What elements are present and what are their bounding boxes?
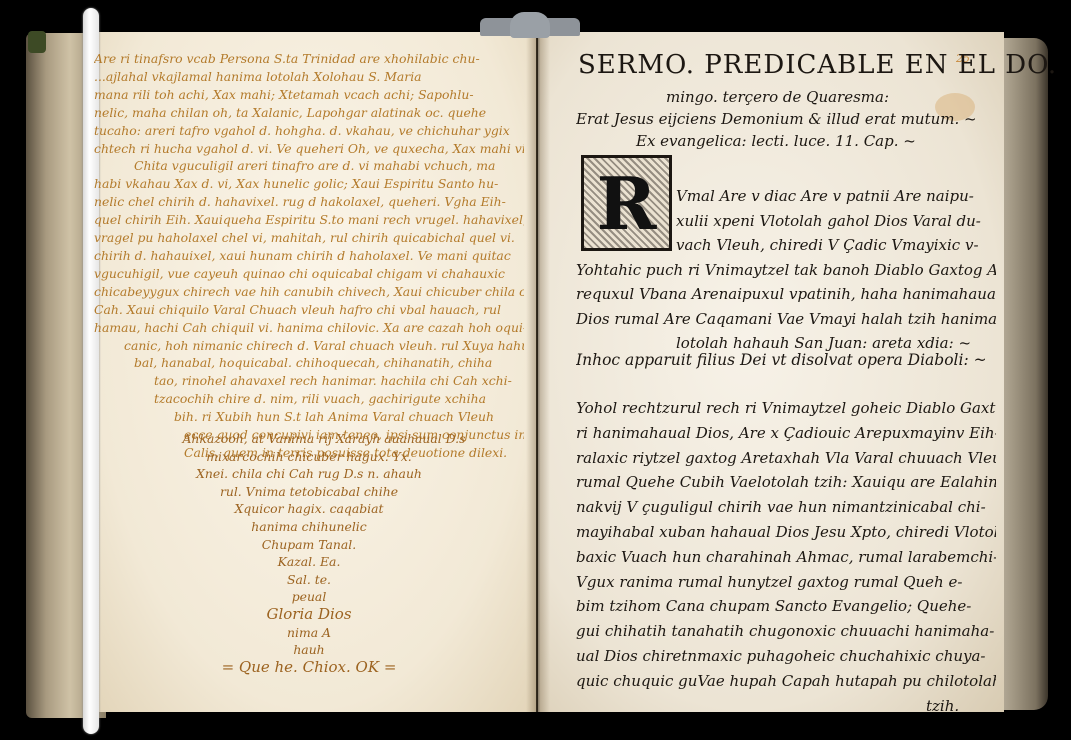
text-line: quic chuquic guVae hupah Capah hutapah p… xyxy=(576,669,996,694)
text-line: peual xyxy=(94,588,524,606)
text-line: vach Vleuh, chiredi V Çadic Vmayixic v- xyxy=(576,233,996,258)
text-line: Ex evangelica: lecti. luce. 11. Cap. ~ xyxy=(576,130,996,152)
text-line: tucaho: areri tafro vgahol d. hohgha. d.… xyxy=(94,122,524,140)
text-line: Xnei. chila chi Cah rug D.s n. ahauh xyxy=(94,465,524,483)
text-line: ual Dios chiretnmaxic puhagoheic chuchah… xyxy=(576,644,996,669)
sermon-paragraph-1: Vmal Are v diac Are v patnii Are naipu- … xyxy=(576,184,996,356)
text-line: ralaxic riytzel gaxtog Aretaxhah Vla Var… xyxy=(576,446,996,471)
text-line: hanima chihunelic xyxy=(94,518,524,536)
manuscript-photo: Are ri tinafsro vcab Persona S.ta Trinid… xyxy=(0,0,1071,740)
text-line: bih. ri Xubih hun S.t lah Anima Varal ch… xyxy=(94,408,524,426)
text-line: chtech ri hucha vgahol d. vi. Ve queheri… xyxy=(94,140,524,158)
left-page-text: Are ri tinafsro vcab Persona S.ta Trinid… xyxy=(94,50,524,462)
sermon-subtitle: mingo. terçero de Quaresma: Erat Jesus e… xyxy=(576,86,996,152)
text-line: Yohol rechtzurul rech ri Vnimaytzel gohe… xyxy=(576,396,996,421)
cover-corner xyxy=(28,31,46,53)
text-line: baxic Vuach hun charahinah Ahmac, rumal … xyxy=(576,545,996,570)
text-line: ...ajlahal vkajlamal hanima lotolah Xolo… xyxy=(94,68,524,86)
latin-quote: Inhoc apparuit filius Dei vt disolvat op… xyxy=(576,348,996,372)
text-line: nelic chel chirih d. hahavixel. rug d ha… xyxy=(94,193,524,211)
text-line: tao, rinohel ahavaxel rech hanimar. hach… xyxy=(94,372,524,390)
text-line: rumal Quehe Cubih Vaelotolah tzih: Xauiq… xyxy=(576,470,996,495)
text-line: gui chihatih tanahatih chugonoxic chuuac… xyxy=(576,619,996,644)
text-line: canic, hoh nimanic chirech d. Varal chua… xyxy=(94,337,524,355)
text-line: nima A xyxy=(94,624,524,642)
text-line: chirih d. hahauixel, xaui hunam chirih d… xyxy=(94,247,524,265)
text-line: ri hanimahaual Dios, Are x Çadiouic Arep… xyxy=(576,421,996,446)
text-line: Erat Jesus eijciens Demonium & illud era… xyxy=(576,108,996,130)
text-line: quel chirih Eih. Xauiqueha Espiritu S.to… xyxy=(94,211,524,229)
text-line: Xquicor hagix. caqabiat xyxy=(94,500,524,518)
text-line: mayihabal xuban hahaual Dios Jesu Xpto, … xyxy=(576,520,996,545)
text-line: nelic, maha chilan oh, ta Xalanic, Lapoh… xyxy=(94,104,524,122)
text-line: = Que he. Chiox. OK = xyxy=(94,659,524,677)
text-line: Chita vguculigil areri tinafro are d. vi… xyxy=(94,157,524,175)
text-line: xulii xpeni Vlotolah gahol Dios Varal du… xyxy=(576,209,996,234)
text-line: vgucuhigil, vue cayeuh quinao chi oquica… xyxy=(94,265,524,283)
text-line: vragel pu haholaxel chel vi, mahitah, ru… xyxy=(94,229,524,247)
book-gutter xyxy=(526,32,550,712)
text-line: Sal. te. xyxy=(94,571,524,589)
text-line: Chupam Tanal. xyxy=(94,536,524,554)
text-line: Vgux ranima rumal hunytzel gaxtog rumal … xyxy=(576,570,996,595)
sermon-title: SERMO. PREDICABLE EN EL DO. xyxy=(578,50,1057,80)
text-line: Gloria Dios xyxy=(94,606,524,624)
text-line: tzih. xyxy=(576,694,996,719)
text-line: bim tzihom Cana chupam Sancto Evangelio;… xyxy=(576,594,996,619)
text-line: hauh xyxy=(94,641,524,659)
clasp-knob xyxy=(510,12,550,38)
text-line: hamau, hachi Cah chiquil vi. hanima chil… xyxy=(94,319,524,337)
text-line: Inhoc apparuit filius Dei vt disolvat op… xyxy=(576,348,996,372)
sermon-paragraph-2: Yohol rechtzurul rech ri Vnimaytzel gohe… xyxy=(576,396,996,718)
text-line: mixarcochih chicuber hagux. Yx. xyxy=(94,448,524,466)
text-line: Are ri tinafsro vcab Persona S.ta Trinid… xyxy=(94,50,524,68)
text-line: habi vkahau Xax d. vi, Xax hunelic golic… xyxy=(94,175,524,193)
text-line: requxul Vbana Arenaipuxul vpatinih, haha… xyxy=(576,282,996,307)
text-line: tzacochih chire d. nim, rili vuach, gach… xyxy=(94,390,524,408)
text-line: Yohtahic puch ri Vnimaytzel tak banoh Di… xyxy=(576,258,996,283)
text-line: mana rili toh achi, Xax mahi; Xtetamah v… xyxy=(94,86,524,104)
left-page-closing: Ahkazooh, at Vanima rij Xarayh auahaual … xyxy=(94,430,524,676)
text-line: Vmal Are v diac Are v patnii Are naipu- xyxy=(576,184,996,209)
text-line: chicabeyygux chirech vae hih canubih chi… xyxy=(94,283,524,301)
text-line: Ahkazooh, at Vanima rij Xarayh auahaual … xyxy=(94,430,524,448)
text-line: mingo. terçero de Quaresma: xyxy=(576,86,996,108)
text-line: rul. Vnima tetobicabal chihe xyxy=(94,483,524,501)
text-line: Kazal. Ea. xyxy=(94,553,524,571)
text-line: bal, hanabal, hoquicabal. chihoquecah, c… xyxy=(94,354,524,372)
text-line: Dios rumal Are Caqamani Vae Vmayi halah … xyxy=(576,307,996,332)
text-line: Cah. Xaui chiquilo Varal Chuach vleuh ha… xyxy=(94,301,524,319)
text-line: nakvij V çuguligul chirih vae hun nimant… xyxy=(576,495,996,520)
